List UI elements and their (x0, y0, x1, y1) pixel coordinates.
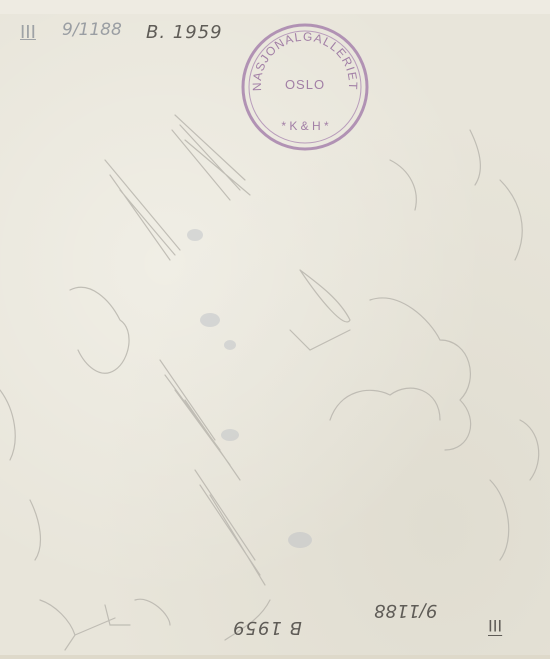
roman-numeral-top: III (20, 22, 36, 43)
inventory-number-bottom: 9/1188 (374, 600, 437, 621)
registration-top: B. 1959 (146, 22, 223, 43)
stamp-center-text: OSLO (240, 77, 370, 92)
inventory-number-top: 9/1188 (62, 20, 122, 40)
roman-numeral-bottom: III (488, 616, 502, 635)
registration-bottom: B 1959 (232, 617, 302, 638)
stamp-bottom-text: * K & H * (281, 119, 329, 133)
museum-stamp: NASJONALGALLERIET * K & H * OSLO (240, 22, 370, 152)
